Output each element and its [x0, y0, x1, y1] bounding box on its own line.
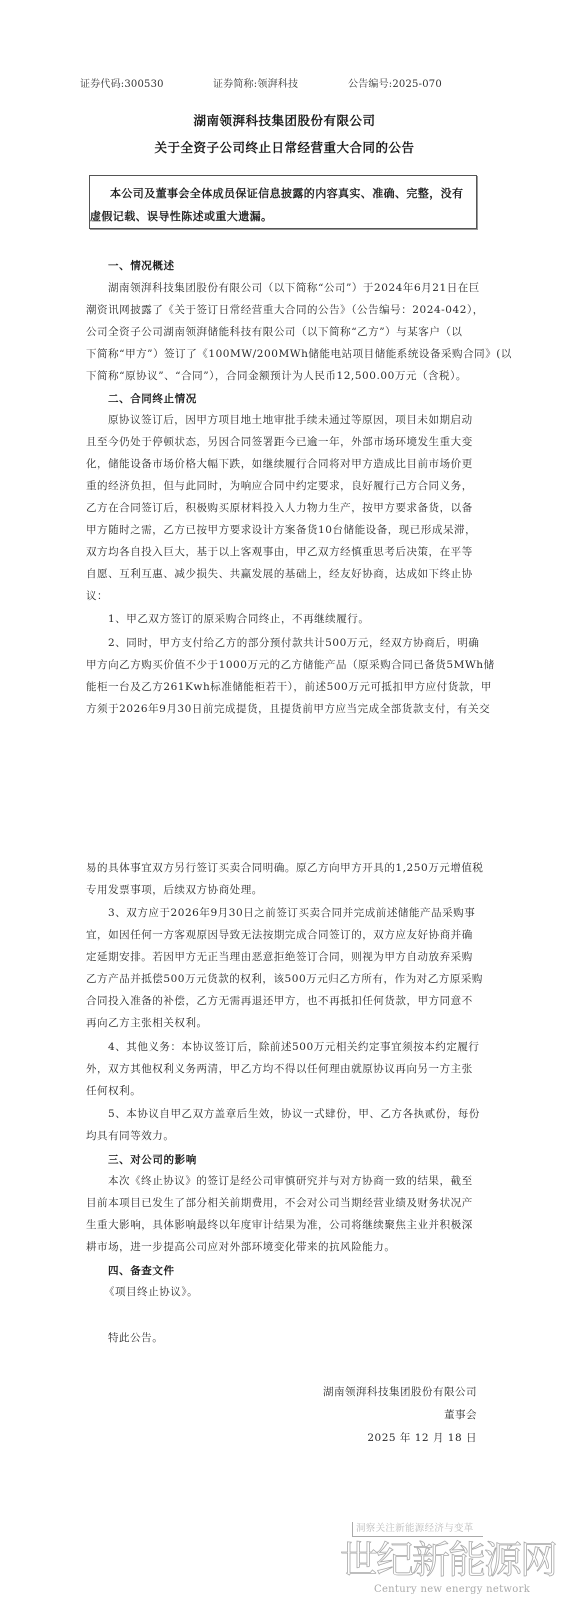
- paragraph-line: 能柜一台及乙方261Kwh标准储能柜若干），前述500万元可抵扣甲方应付货款，甲: [86, 680, 492, 694]
- paragraph-line: 湖南领湃科技集团股份有限公司（以下简称“公司”）于2024年6月21日在巨: [108, 281, 480, 295]
- signature-date: 2025 年 12 月 18 日: [367, 1430, 477, 1445]
- paragraph-line: 自愿、互利互惠、减少损失、共赢发展的基础上，经友好协商，达成如下终止协: [86, 567, 473, 581]
- paragraph-line: 易的具体事宜双方另行签订买卖合同明确。原乙方向甲方开具的1,250万元增值税: [86, 861, 483, 875]
- signature-board: 董事会: [444, 1407, 477, 1422]
- paragraph-line: 宜，如因任何一方客观原因导致无法按期完成合同签订的，双方应友好协商并确: [86, 928, 473, 942]
- paragraph-line: 公司全资子公司湖南领湃储能科技有限公司（以下简称“乙方”）与某客户（以: [86, 325, 462, 339]
- announcement-page: 证券代码:300530 证券简称:领湃科技 公告编号:2025-070 湖南领湃…: [0, 0, 569, 1600]
- agreement-item-2: 2、同时，甲方支付给乙方的部分预付款共计500万元，经双方协商后，明确: [108, 636, 479, 650]
- closing-statement: 特此公告。: [108, 1331, 163, 1345]
- paragraph-line: 本次《终止协议》的签订是经公司审慎研究并与对方协商一致的结果，截至: [108, 1174, 473, 1188]
- notice-line: 本公司及董事会全体成员保证信息披露的内容真实、准确、完整，没有: [110, 185, 463, 201]
- paragraph-line: 耕市场，进一步提高公司应对外部环境变化带来的抗风险能力。: [86, 1240, 395, 1254]
- agreement-item-5: 5、本协议自甲乙双方盖章后生效，协议一式肆份，甲、乙方各执贰份，每份: [108, 1107, 480, 1121]
- paragraph-line: 化，储能设备市场价格大幅下跌，如继续履行合同将对甲方造成比目前市场价更: [86, 457, 473, 471]
- paragraph-line: 专用发票事项，后续双方协商处理。: [86, 883, 263, 897]
- paragraph-line: 重的经济负担，但与此同时，为响应合同中约定要求，良好履行己方合同义务，: [86, 479, 473, 493]
- paragraph-line: 甲方向乙方购买价值不少于1000万元的乙方储能产品（原采购合同已备货5MWh储: [86, 658, 495, 672]
- paragraph-line: 再向乙方主张相关权利。: [86, 1016, 208, 1030]
- agreement-item-3: 3、双方应于2026年9月30日之前签订买卖合同并完成前述储能产品采购事: [108, 906, 475, 920]
- paragraph-line: 乙方在合同签订后，积极购买原材料投入人力物力生产，按甲方要求备货，以备: [86, 501, 473, 515]
- paragraph-line: 下简称“原协议”、“合同”），合同金额预计为人民币12,500.00万元（含税）…: [86, 369, 467, 383]
- paragraph-line: 定延期安排。若因甲方无正当理由恶意拒绝签订合同，则视为甲方自动放弃采购: [86, 950, 473, 964]
- paragraph-line: 合同投入准备的补偿，乙方无需再退还甲方，也不再抵扣任何货款，甲方同意不: [86, 994, 473, 1008]
- paragraph-line: 原协议签订后，因甲方项目地土地审批手续未通过等原因，项目未如期启动: [108, 413, 473, 427]
- stock-abbreviation: 证券简称:领湃科技: [213, 75, 298, 90]
- paragraph-line: 均具有同等效力。: [86, 1129, 174, 1143]
- watermark-tagline: 洞察关注新能源经济与变革: [352, 1522, 483, 1537]
- announcement-number: 公告编号:2025-070: [348, 75, 442, 90]
- paragraph-line: 议：: [86, 589, 108, 603]
- watermark-name: 世纪新能源网: [340, 1538, 556, 1582]
- disclosure-notice-box: 本公司及董事会全体成员保证信息披露的内容真实、准确、完整，没有 虚假记载、误导性…: [89, 175, 477, 229]
- paragraph-line: 下简称“甲方”）签订了《100MW/200MWh储能电站项目储能系统设备采购合同…: [86, 347, 512, 361]
- paragraph-line: 双方均各自投入巨大，基于以上客观事由，甲乙双方经慎重思考后决策，在平等: [86, 545, 473, 559]
- stock-code: 证券代码:300530: [80, 75, 164, 90]
- reference-document: 《项目终止协议》。: [104, 1285, 198, 1299]
- section-heading-overview: 一、情况概述: [108, 258, 175, 273]
- paragraph-line: 甲方随时之需，乙方已按甲方要求设计方案备货10台储能设备，现已形成呆滞，: [86, 523, 476, 537]
- watermark-english: Century new energy network: [374, 1584, 530, 1595]
- section-heading-termination: 二、合同终止情况: [108, 391, 197, 406]
- section-heading-impact: 三、对公司的影响: [108, 1152, 197, 1167]
- section-heading-documents: 四、备查文件: [108, 1263, 175, 1278]
- watermark-logo: 洞察关注新能源经济与变革 世纪新能源网 Century new energy n…: [340, 1522, 569, 1600]
- paragraph-line: 方须于2026年9月30日前完成提货，且提货前甲方应当完成全部货款支付，有关交: [86, 702, 490, 716]
- paragraph-line: 乙方产品并抵偿500万元货款的权利，该500万元归乙方所有，作为对乙方原采购: [86, 972, 483, 986]
- paragraph-line: 目前本项目已发生了部分相关前期费用，不会对公司当期经营业绩及财务状况产: [86, 1196, 473, 1210]
- paragraph-line: 任何权利。: [86, 1084, 141, 1098]
- announcement-subject: 关于全资子公司终止日常经营重大合同的公告: [0, 138, 569, 156]
- agreement-item-4: 4、其他义务：本协议签订后，除前述500万元相关约定事宜须按本约定履行: [108, 1040, 479, 1054]
- paragraph-line: 外，双方其他权利义务两清，甲乙方均不得以任何理由就原协议再向另一方主张: [86, 1062, 473, 1076]
- notice-line: 虚假记载、误导性陈述或重大遗漏。: [90, 208, 272, 224]
- paragraph-line: 且至今仍处于停顿状态，另因合同签署距今已逾一年，外部市场环境发生重大变: [86, 435, 473, 449]
- agreement-item-1: 1、甲乙双方签订的原采购合同终止，不再继续履行。: [108, 612, 369, 626]
- paragraph-line: 潮资讯网披露了《关于签订日常经营重大合同的公告》（公告编号：2024-042），: [86, 303, 484, 317]
- company-title: 湖南领湃科技集团股份有限公司: [0, 111, 569, 129]
- signature-company: 湖南领湃科技集团股份有限公司: [323, 1384, 477, 1399]
- paragraph-line: 生重大影响，具体影响最终以年度审计结果为准，公司将继续聚焦主业并积极深: [86, 1218, 473, 1232]
